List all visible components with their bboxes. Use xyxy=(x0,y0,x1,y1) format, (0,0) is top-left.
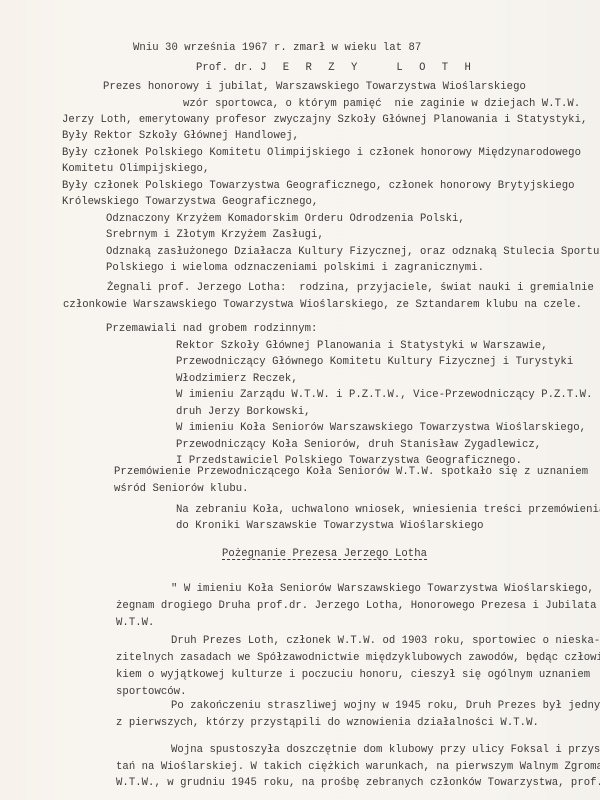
speech-line: sportowców. xyxy=(116,685,186,699)
speaker-line: Przewodniczący Głównego Komitetu Kultury… xyxy=(176,355,573,369)
reception-line: Przemówienie Przewodniczącego Koła Senio… xyxy=(114,465,588,479)
honor-line: Odznaką zasłużonego Działacza Kultury Fi… xyxy=(106,245,599,259)
honor-line: Srebrnym i Złotym Krzyżem Zasługi, xyxy=(106,228,324,242)
speech-line: Wojna spustoszyła doszczętnie dom klubow… xyxy=(171,743,600,757)
bio-line: Jerzy Loth, emerytowany profesor zwyczaj… xyxy=(62,113,587,127)
speaker-line: W imieniu Zarządu W.T.W. i P.Z.T.W., Vic… xyxy=(176,388,592,402)
speech-line: Druh Prezes Loth, członek W.T.W. od 1903… xyxy=(171,634,600,648)
role-line: Prezes honorowy i jubilat, Warszawskiego… xyxy=(103,80,526,94)
speaker-line: druh Jerzy Borkowski, xyxy=(176,405,311,419)
speech-line: tań na Wioślarskiej. W takich ciężkich w… xyxy=(116,760,600,774)
speech-line: żegnam drogiego Druha prof.dr. Jerzego L… xyxy=(116,599,597,613)
speaker-line: Włodzimierz Reczek, xyxy=(176,372,298,386)
farewell-line: członkowie Warszawskiego Towarzystwa Wio… xyxy=(63,298,582,312)
speech-line: zitelnych zasadach we Spółzawodnictwie m… xyxy=(116,651,600,665)
speech-title: Pożegnanie Prezesa Jerzego Lotha xyxy=(222,547,427,561)
honor-line: Polskiego i wieloma odznaczeniami polski… xyxy=(106,261,484,275)
speech-line: W.T.W. xyxy=(116,616,154,630)
tribute-line: wzór sportowca, o którym pamięć nie zagi… xyxy=(183,97,580,111)
speaker-line: Rektor Szkoły Głównej Planowania i Staty… xyxy=(176,339,548,353)
resolution-line: Na zebraniu Koła, uchwalono wniosek, wni… xyxy=(176,503,600,517)
bio-line: Były Rektor Szkoły Głównej Handlowej, xyxy=(62,129,299,143)
reception-line: wśród Seniorów klubu. xyxy=(114,482,249,496)
death-notice: Wniu 30 września 1967 r. zmarł w wieku l… xyxy=(133,41,421,55)
speech-line: W.T.W., w grudniu 1945 roku, na prośbę z… xyxy=(116,776,600,790)
speech-line: z pierwszych, którzy przystąpili do wzno… xyxy=(116,716,539,730)
resolution-line: do Kroniki Warszawskie Towarzystwa Wiośl… xyxy=(176,519,484,533)
speaker-line: W imieniu Koła Seniorów Warszawskiego To… xyxy=(176,421,586,435)
honor-line: Odznaczony Krzyżem Komadorskim Orderu Od… xyxy=(106,212,465,226)
name-heading: Prof. dr. J E R Z Y L O T H xyxy=(196,61,476,75)
title-prefix: Prof. dr. xyxy=(196,62,254,74)
typewritten-page: Wniu 30 września 1967 r. zmarł w wieku l… xyxy=(0,0,600,800)
bio-line: Komitetu Olimpijskiego, xyxy=(62,162,209,176)
speaker-line: Przewodniczący Koła Seniorów, druh Stani… xyxy=(176,438,541,452)
deceased-name: J E R Z Y L O T H xyxy=(260,62,476,74)
speech-line: Po zakończeniu straszliwej wojny w 1945 … xyxy=(171,699,600,713)
farewell-line: Żegnali prof. Jerzego Lotha: rodzina, pr… xyxy=(107,281,594,295)
speech-line: kiem o wyjątkowej kulturze i poczuciu ho… xyxy=(116,668,590,682)
bio-line: Były członek Polskiego Komitetu Olimpijs… xyxy=(62,146,581,160)
speech-line: " W imieniu Koła Seniorów Warszawskiego … xyxy=(171,582,594,596)
bio-line: Królewskiego Towarzystwa Geograficznego, xyxy=(62,195,318,209)
speakers-intro: Przemawiali nad grobem rodzinnym: xyxy=(106,322,317,336)
bio-line: Były członek Polskiego Towarzystwa Geogr… xyxy=(62,179,575,193)
